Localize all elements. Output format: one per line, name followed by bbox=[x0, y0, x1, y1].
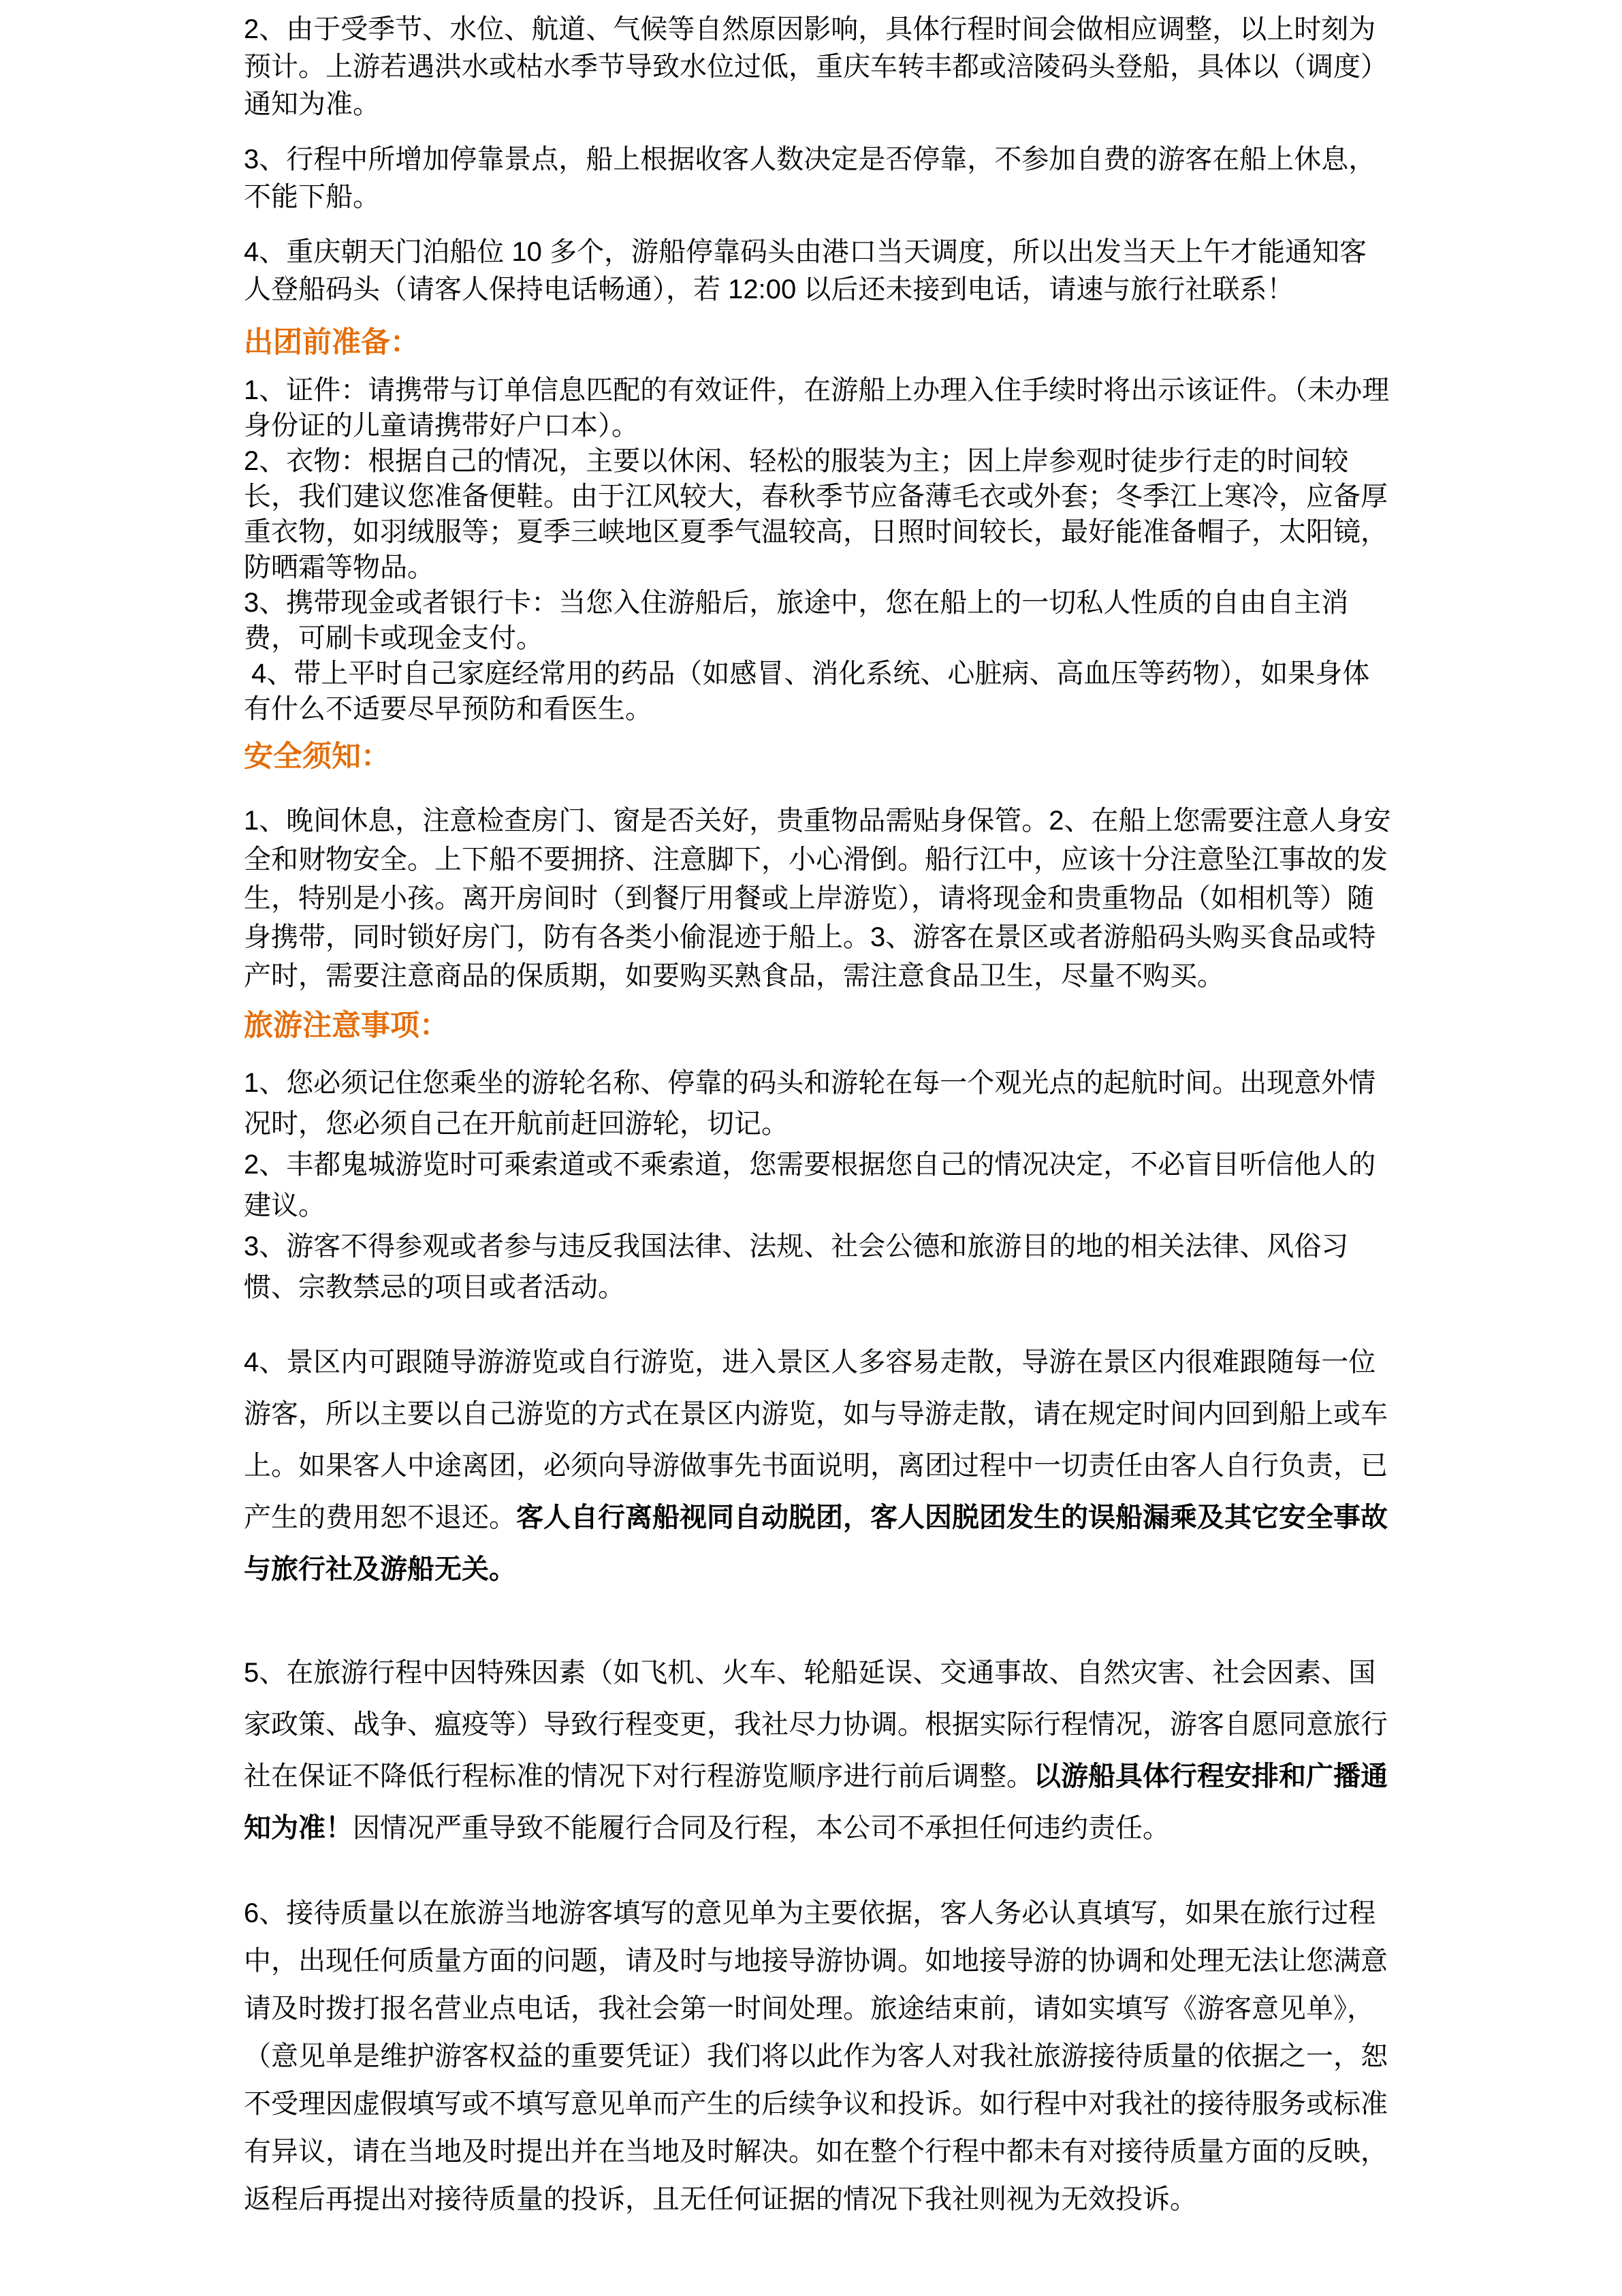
section-heading-travel-notes: 旅游注意事项： bbox=[244, 1009, 1393, 1043]
list-item: 6、接待质量以在旅游当地游客填写的意见单为主要依据，客人务必认真填写，如果在旅行… bbox=[244, 1889, 1393, 2223]
list-item: 1、您必须记住您乘坐的游轮名称、停靠的码头和游轮在每一个观光点的起航时间。出现意… bbox=[244, 1063, 1393, 1144]
list-item: 5、在旅游行程中因特殊因素（如飞机、火车、轮船延误、交通事故、自然灾害、社会因素… bbox=[244, 1647, 1393, 1854]
text-run: 因情况严重导致不能履行合同及行程，本公司不承担任何违约责任。 bbox=[353, 1813, 1170, 1843]
list-item: 2、丰都鬼城游览时可乘索道或不乘索道，您需要根据您自己的情况决定，不必盲目听信他… bbox=[244, 1144, 1393, 1226]
list-item: 3、行程中所增加停靠景点，船上根据收客人数决定是否停靠，不参加自费的游客在船上休… bbox=[244, 141, 1393, 216]
section-travel-notes: 旅游注意事项： 1、您必须记住您乘坐的游轮名称、停靠的码头和游轮在每一个观光点的… bbox=[244, 1009, 1393, 2223]
list-item: 3、游客不得参观或者参与违反我国法律、法规、社会公德和旅游目的地的相关法律、风俗… bbox=[244, 1226, 1393, 1308]
section-safety-notice: 安全须知： 1、晚间休息，注意检查房门、窗是否关好，贵重物品需贴身保管。2、在船… bbox=[244, 740, 1393, 996]
section-trip-adjustment-notes: 2、由于受季节、水位、航道、气候等自然原因影响，具体行程时间会做相应调整，以上时… bbox=[244, 11, 1393, 309]
list-item: 2、衣物：根据自己的情况，主要以休闲、轻松的服装为主；因上岸参观时徒步行走的时间… bbox=[244, 443, 1393, 585]
section-heading-safety: 安全须知： bbox=[244, 740, 1393, 774]
list-item: 4、重庆朝天门泊船位 10 多个，游船停靠码头由港口当天调度，所以出发当天上午才… bbox=[244, 234, 1393, 309]
list-item: 3、携带现金或者银行卡：当您入住游船后，旅途中，您在船上的一切私人性质的自由自主… bbox=[244, 585, 1393, 656]
list-item: 2、由于受季节、水位、航道、气候等自然原因影响，具体行程时间会做相应调整，以上时… bbox=[244, 11, 1393, 123]
list-item: 4、带上平时自己家庭经常用的药品（如感冒、消化系统、心脏病、高血压等药物），如果… bbox=[244, 656, 1393, 727]
safety-paragraph: 1、晚间休息，注意检查房门、窗是否关好，贵重物品需贴身保管。2、在船上您需要注意… bbox=[244, 802, 1393, 996]
list-item: 4、景区内可跟随导游游览或自行游览，进入景区人多容易走散，导游在景区内很难跟随每… bbox=[244, 1336, 1393, 1595]
section-pretrip-preparation: 出团前准备： 1、证件：请携带与订单信息匹配的有效证件，在游船上办理入住手续时将… bbox=[244, 326, 1393, 727]
list-item: 1、证件：请携带与订单信息匹配的有效证件，在游船上办理入住手续时将出示该证件。（… bbox=[244, 373, 1393, 443]
document-page: 2、由于受季节、水位、航道、气候等自然原因影响，具体行程时间会做相应调整，以上时… bbox=[0, 0, 1622, 2296]
section-heading-pretrip: 出团前准备： bbox=[244, 326, 1393, 360]
